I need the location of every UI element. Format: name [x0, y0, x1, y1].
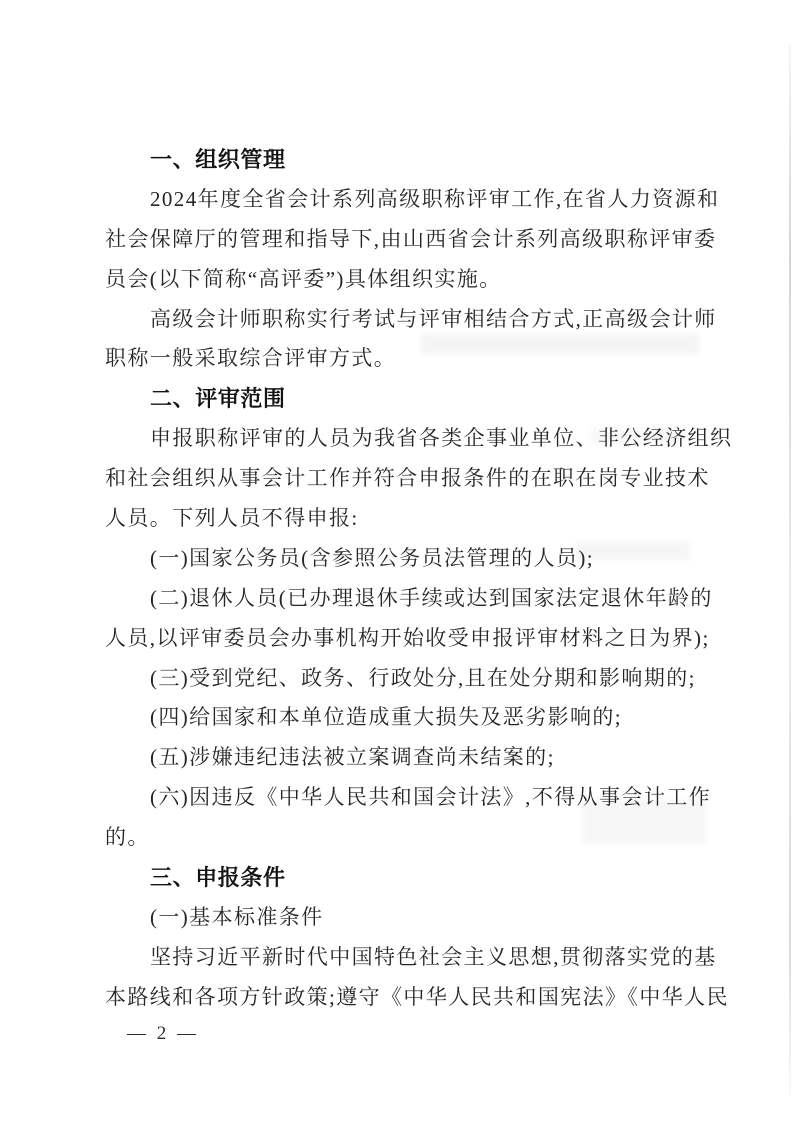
section-heading: 二、评审范围	[105, 379, 730, 419]
document-line: 人员。下列人员不得申报:	[105, 499, 730, 539]
section-heading: 一、组织管理	[105, 140, 730, 180]
document-line: 人员,以评审委员会办事机构开始收受申报评审材料之日为界);	[105, 619, 730, 659]
document-line: 员会(以下简称“高评委”)具体组织实施。	[105, 260, 730, 300]
scan-edge-shadow	[789, 45, 791, 1095]
scanned-document-page: 一、组织管理2024年度全省会计系列高级职称评审工作,在省人力资源和社会保障厅的…	[0, 0, 800, 1130]
document-line: (一)国家公务员(含参照公务员法管理的人员);	[105, 539, 730, 579]
document-body: 一、组织管理2024年度全省会计系列高级职称评审工作,在省人力资源和社会保障厅的…	[105, 140, 730, 1018]
document-line: (三)受到党纪、政务、行政处分,且在处分期和影响期的;	[105, 659, 730, 699]
document-line: 本路线和各项方针政策;遵守《中华人民共和国宪法》《中华人民	[105, 978, 730, 1018]
document-line: 职称一般采取综合评审方式。	[105, 339, 730, 379]
document-line: (五)涉嫌违纪违法被立案调查尚未结案的;	[105, 738, 730, 778]
document-line: (一)基本标准条件	[105, 898, 730, 938]
document-line: 的。	[105, 818, 730, 858]
document-line: 2024年度全省会计系列高级职称评审工作,在省人力资源和	[105, 180, 730, 220]
document-line: 社会保障厅的管理和指导下,由山西省会计系列高级职称评审委	[105, 220, 730, 260]
document-line: (二)退休人员(已办理退休手续或达到国家法定退休年龄的	[105, 579, 730, 619]
page-number: — 2 —	[127, 1018, 199, 1050]
document-line: 高级会计师职称实行考试与评审相结合方式,正高级会计师	[105, 300, 730, 340]
document-line: (六)因违反《中华人民共和国会计法》,不得从事会计工作	[105, 778, 730, 818]
document-line: (四)给国家和本单位造成重大损失及恶劣影响的;	[105, 698, 730, 738]
document-line: 和社会组织从事会计工作并符合申报条件的在职在岗专业技术	[105, 459, 730, 499]
document-line: 坚持习近平新时代中国特色社会主义思想,贯彻落实党的基	[105, 938, 730, 978]
section-heading: 三、申报条件	[105, 858, 730, 898]
document-line: 申报职称评审的人员为我省各类企事业单位、非公经济组织	[105, 419, 730, 459]
